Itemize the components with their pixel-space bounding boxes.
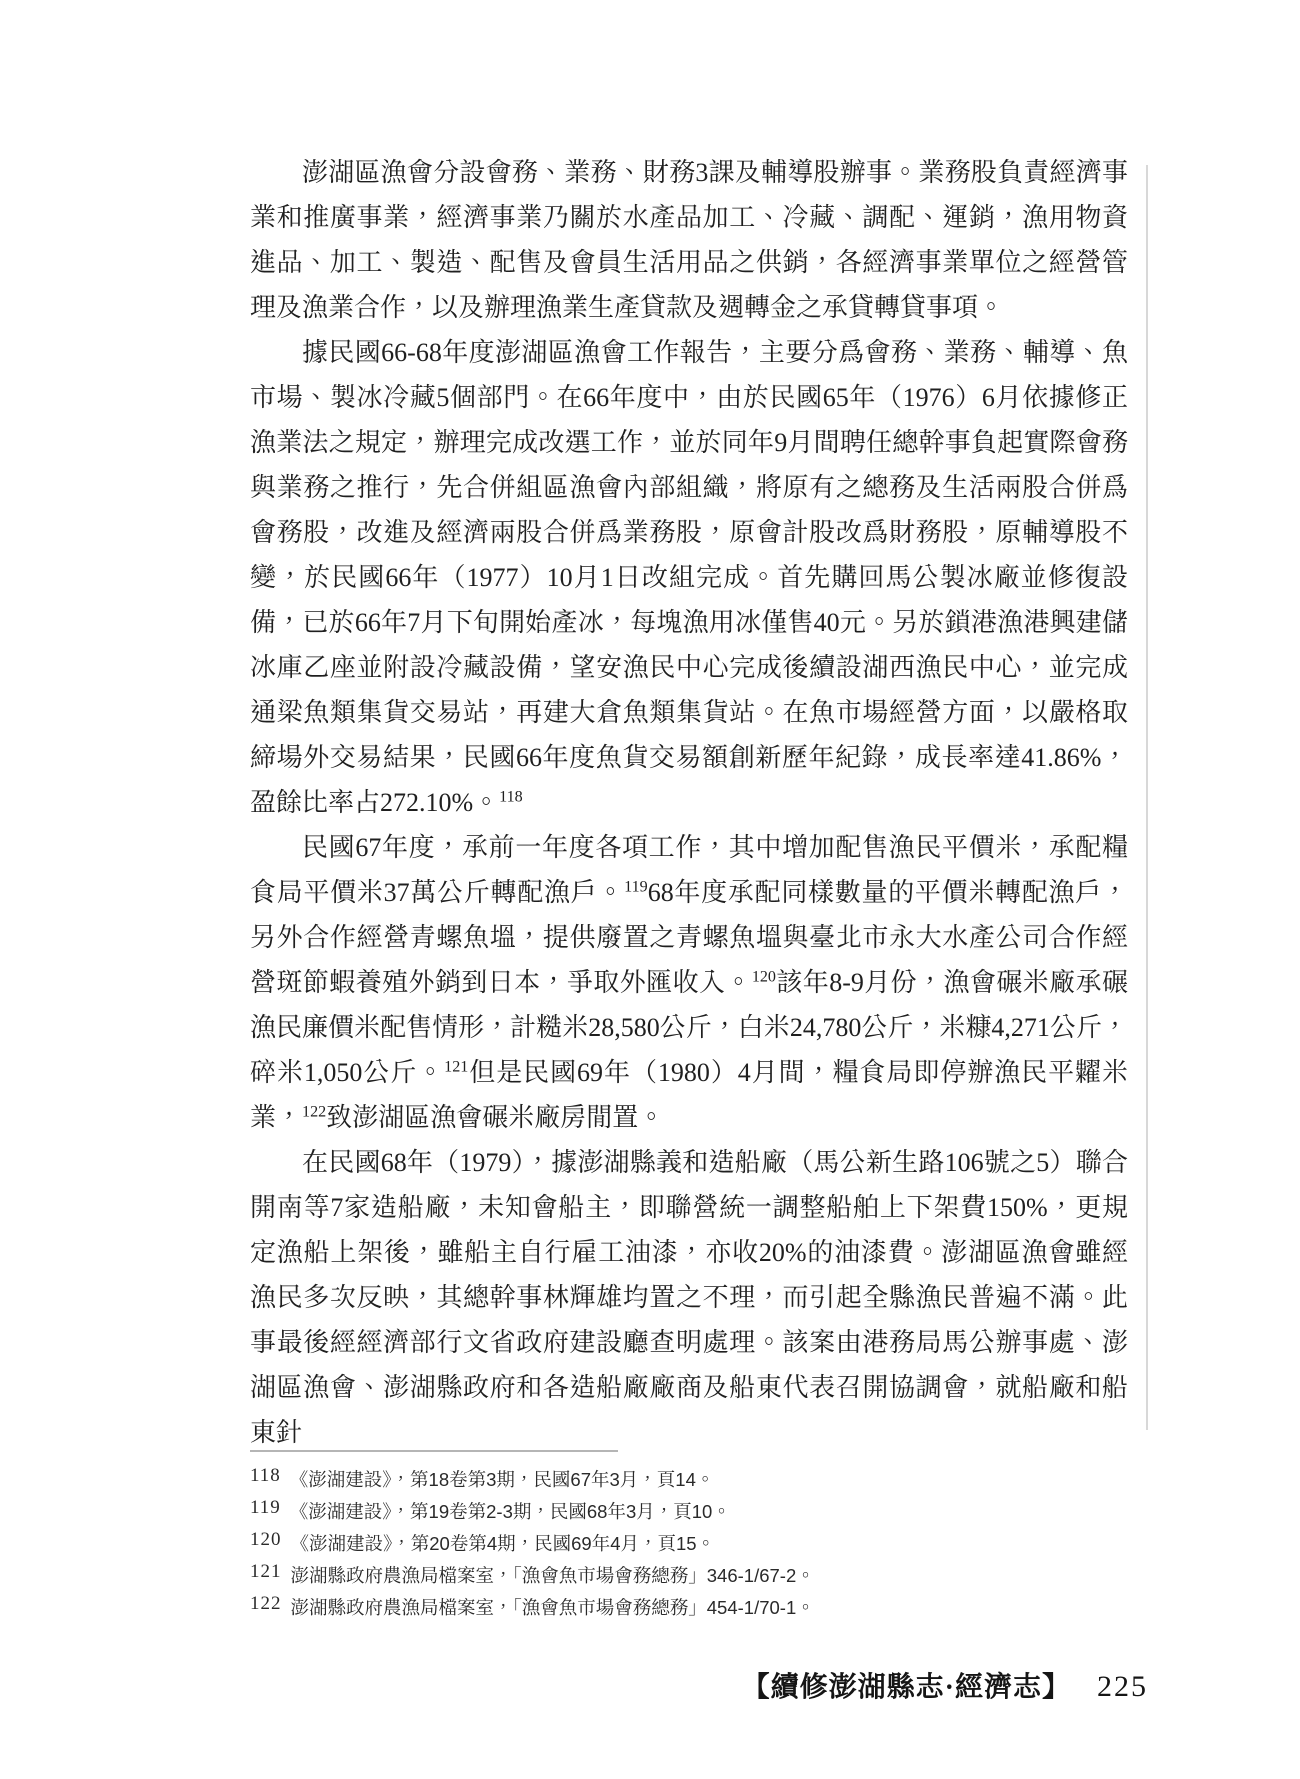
footnote-ref: 122 bbox=[302, 1103, 326, 1120]
footnote-item: 118《澎湖建設》，第18卷第3期，民國67年3月，頁14。 bbox=[250, 1464, 1130, 1491]
footnote-text: 澎湖縣政府農漁局檔案室，「漁會魚市場會務總務」346-1/67-2。 bbox=[291, 1565, 815, 1586]
book-volume-title: 【續修澎湖縣志·經濟志】 bbox=[742, 1665, 1071, 1705]
footnote-item: 119《澎湖建設》，第19卷第2-3期，民國68年3月，頁10。 bbox=[250, 1496, 1130, 1523]
footnote-number: 119 bbox=[250, 1497, 281, 1518]
footnote-text: 《澎湖建設》，第19卷第2-3期，民國68年3月，頁10。 bbox=[290, 1501, 731, 1522]
footnote-list: 118《澎湖建設》，第18卷第3期，民國67年3月，頁14。119《澎湖建設》，… bbox=[250, 1464, 1130, 1619]
scan-edge-artifact bbox=[1146, 165, 1148, 1430]
footnote-item: 120《澎湖建設》，第20卷第4期，民國69年4月，頁15。 bbox=[250, 1528, 1130, 1555]
footnotes-section: 118《澎湖建設》，第18卷第3期，民國67年3月，頁14。119《澎湖建設》，… bbox=[250, 1450, 1130, 1624]
footnote-ref: 119 bbox=[624, 878, 648, 895]
paragraph: 在民國68年（1979），據澎湖縣義和造船廠（馬公新生路106號之5）聯合開南等… bbox=[250, 1140, 1128, 1455]
paragraph: 澎湖區漁會分設會務、業務、財務3課及輔導股辦事。業務股負責經濟事業和推廣事業，經… bbox=[250, 150, 1128, 330]
footnote-text: 《澎湖建設》，第20卷第4期，民國69年4月，頁15。 bbox=[291, 1533, 716, 1554]
footnote-ref: 121 bbox=[444, 1058, 468, 1075]
footnote-text: 《澎湖建設》，第18卷第3期，民國67年3月，頁14。 bbox=[290, 1469, 715, 1490]
footnote-item: 121澎湖縣政府農漁局檔案室，「漁會魚市場會務總務」346-1/67-2。 bbox=[250, 1560, 1130, 1587]
book-page: 澎湖區漁會分設會務、業務、財務3課及輔導股辦事。業務股負責經濟事業和推廣事業，經… bbox=[0, 0, 1300, 1779]
body-text: 澎湖區漁會分設會務、業務、財務3課及輔導股辦事。業務股負責經濟事業和推廣事業，經… bbox=[250, 150, 1128, 1455]
page-number: 225 bbox=[1097, 1670, 1148, 1704]
footnote-number: 120 bbox=[250, 1529, 282, 1550]
footnote-text: 澎湖縣政府農漁局檔案室，「漁會魚市場會務總務」454-1/70-1。 bbox=[291, 1597, 815, 1618]
footnote-separator bbox=[250, 1450, 618, 1452]
footnote-item: 122澎湖縣政府農漁局檔案室，「漁會魚市場會務總務」454-1/70-1。 bbox=[250, 1592, 1130, 1619]
footnote-number: 121 bbox=[250, 1561, 282, 1582]
footnote-number: 118 bbox=[250, 1465, 281, 1486]
paragraph: 民國67年度，承前一年度各項工作，其中增加配售漁民平價米，承配糧食局平價米37萬… bbox=[250, 825, 1128, 1140]
page-footer: 【續修澎湖縣志·經濟志】 225 bbox=[742, 1665, 1148, 1705]
footnote-ref: 118 bbox=[499, 788, 523, 805]
footnote-number: 122 bbox=[250, 1593, 282, 1614]
paragraph: 據民國66-68年度澎湖區漁會工作報告，主要分爲會務、業務、輔導、魚市場、製冰冷… bbox=[250, 330, 1128, 825]
footnote-ref: 120 bbox=[752, 968, 776, 985]
